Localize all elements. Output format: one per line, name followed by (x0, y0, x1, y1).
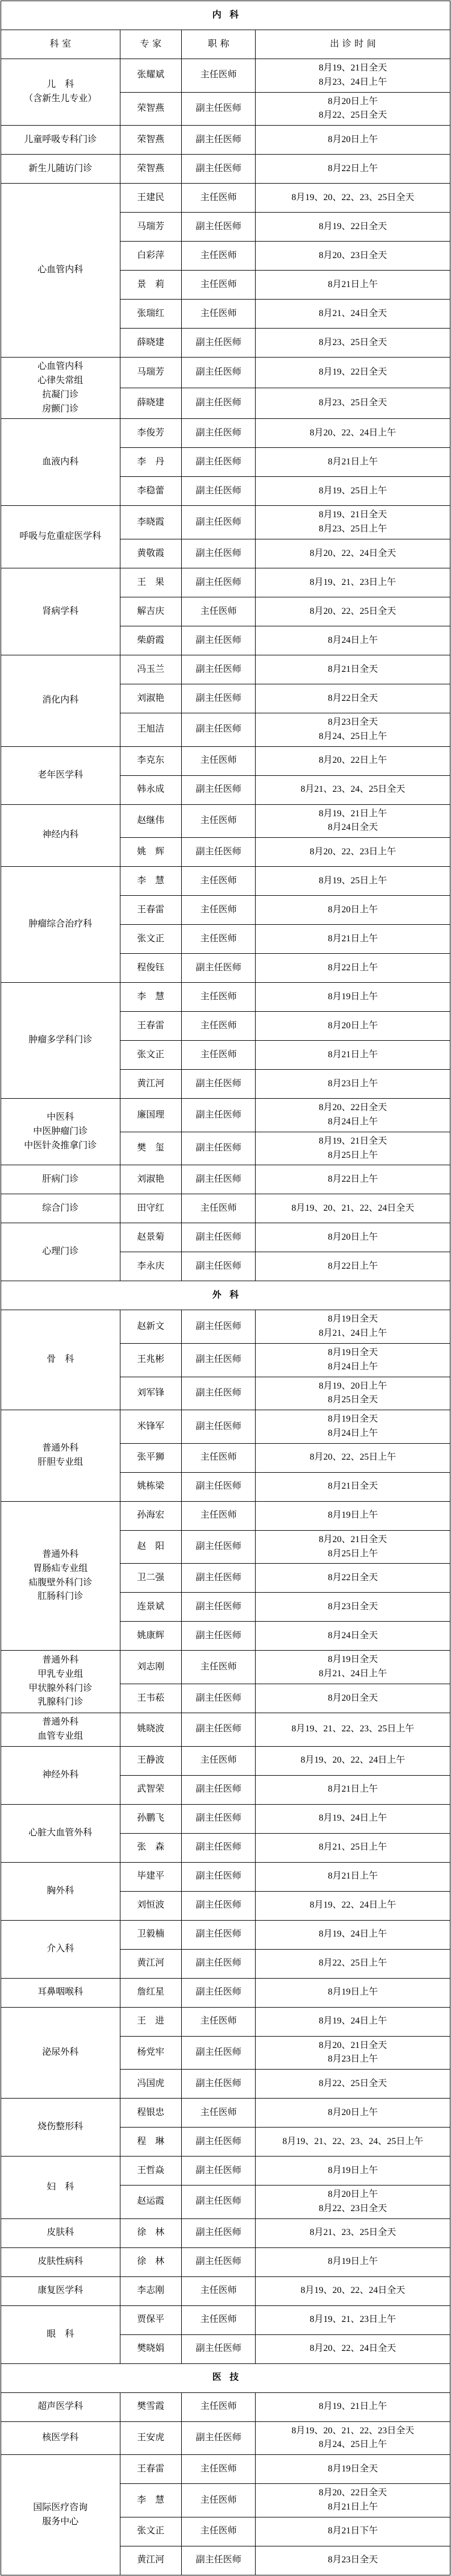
expert-name-cell: 韩永成 (120, 775, 181, 804)
expert-name-cell: 李晓霞 (120, 506, 181, 539)
visit-time-cell: 8月21日上午 (256, 448, 450, 477)
expert-row: 综合门诊田守红主任医师8月19、20、21、22、24日全天 (1, 1194, 450, 1223)
expert-name-cell: 李 丹 (120, 448, 181, 477)
expert-name-cell: 马瑞芳 (120, 358, 181, 388)
visit-time-cell: 8月19日上午 (256, 1978, 450, 2007)
expert-name-cell: 王 果 (120, 568, 181, 597)
expert-name-cell: 黄江河 (120, 1070, 181, 1099)
expert-row: 普通外科 肝胆专业组米锋军副主任医师8月19日全天 8月24日上午 (1, 1410, 450, 1444)
expert-name-cell: 荣智燕 (120, 126, 181, 155)
expert-title-cell: 主任医师 (181, 925, 256, 954)
expert-title-cell: 副主任医师 (181, 2546, 256, 2575)
visit-time-cell: 8月21、24日全天 (256, 300, 450, 329)
expert-title-cell: 主任医师 (181, 1194, 256, 1223)
expert-title-cell: 副主任医师 (181, 626, 256, 655)
expert-title-cell: 主任医师 (181, 59, 256, 93)
expert-name-cell: 徐 林 (120, 2218, 181, 2247)
visit-time-cell: 8月19日全天 8月21、24日上午 (256, 1651, 450, 1684)
visit-time-cell: 8月20、23日全天 (256, 242, 450, 271)
column-header-row: 科室专家职称出诊时间 (1, 30, 450, 59)
department-cell: 泌尿外科 (1, 2007, 120, 2099)
expert-row: 老年医学科李克东主任医师8月20、22日上午 (1, 746, 450, 775)
expert-title-cell: 副主任医师 (181, 1252, 256, 1281)
visit-time-cell: 8月19日上午 (256, 2247, 450, 2276)
expert-title-cell: 主任医师 (181, 2517, 256, 2546)
expert-name-cell: 程俊钰 (120, 954, 181, 983)
column-header: 科室 (1, 30, 120, 59)
visit-time-cell: 8月22日全天 (256, 1564, 450, 1593)
expert-title-cell: 副主任医师 (181, 1833, 256, 1862)
expert-title-cell: 主任医师 (181, 2007, 256, 2036)
visit-time-cell: 8月20日上午 (256, 896, 450, 925)
expert-title-cell: 副主任医师 (181, 539, 256, 568)
department-cell: 儿 科 （含新生儿专业） (1, 59, 120, 126)
expert-title-cell: 副主任医师 (181, 1343, 256, 1377)
expert-row: 皮肤性病科徐 林副主任医师8月19日上午 (1, 2247, 450, 2276)
visit-time-cell: 8月20、22日全天 8月24日上午 (256, 1099, 450, 1132)
visit-time-cell: 8月23、25日全天 (256, 388, 450, 419)
expert-row: 烧伤整形科程银忠主任医师8月20日上午 (1, 2099, 450, 2128)
expert-name-cell: 姚晓波 (120, 1713, 181, 1746)
expert-name-cell: 白彩萍 (120, 242, 181, 271)
department-cell: 肝病门诊 (1, 1165, 120, 1194)
department-cell: 综合门诊 (1, 1194, 120, 1223)
department-cell: 老年医学科 (1, 746, 120, 804)
expert-title-cell: 主任医师 (181, 184, 256, 213)
visit-time-cell: 8月23、25日全天 (256, 329, 450, 358)
visit-time-cell: 8月19日全天 8月24日上午 (256, 1343, 450, 1377)
expert-name-cell: 毕建平 (120, 1862, 181, 1891)
expert-title-cell: 副主任医师 (181, 1530, 256, 1564)
visit-time-cell: 8月19、20、22、23、25日全天 (256, 184, 450, 213)
expert-row: 肝病门诊刘淑艳副主任医师8月22日上午 (1, 1165, 450, 1194)
visit-time-cell: 8月20日上午 (256, 1223, 450, 1252)
expert-name-cell: 张瑞红 (120, 300, 181, 329)
visit-time-cell: 8月22日全天 (256, 684, 450, 713)
expert-name-cell: 张 森 (120, 1833, 181, 1862)
expert-name-cell: 刘志刚 (120, 1651, 181, 1684)
expert-title-cell: 副主任医师 (181, 1099, 256, 1132)
visit-time-cell: 8月21日上午 (256, 1041, 450, 1070)
visit-time-cell: 8月20、21日全天 8月23日上午 (256, 2036, 450, 2070)
expert-title-cell: 主任医师 (181, 2276, 256, 2305)
expert-title-cell: 主任医师 (181, 271, 256, 300)
department-cell: 消化内科 (1, 655, 120, 746)
expert-title-cell: 副主任医师 (181, 1622, 256, 1651)
expert-title-cell: 副主任医师 (181, 1070, 256, 1099)
expert-title-cell: 副主任医师 (181, 1132, 256, 1165)
expert-title-cell: 主任医师 (181, 300, 256, 329)
visit-time-cell: 8月21日下午 (256, 2517, 450, 2546)
expert-name-cell: 李 慧 (120, 867, 181, 896)
expert-title-cell: 副主任医师 (181, 1891, 256, 1920)
expert-row: 儿 科 （含新生儿专业）张耀斌主任医师8月19、21日全天 8月23、24日上午 (1, 59, 450, 93)
visit-time-cell: 8月20、22、25日全天 (256, 597, 450, 626)
visit-time-cell: 8月19日全天 (256, 2455, 450, 2484)
expert-title-cell: 副主任医师 (181, 568, 256, 597)
section-title: 内科 (1, 1, 450, 30)
department-cell: 肿瘤多学科门诊 (1, 983, 120, 1099)
visit-time-cell: 8月20日上午 (256, 2099, 450, 2128)
visit-time-cell: 8月19、20、22、24日全天 (256, 2276, 450, 2305)
visit-time-cell: 8月20、22、23日上午 (256, 838, 450, 867)
visit-time-cell: 8月19、21日全天 8月23、24日上午 (256, 59, 450, 93)
expert-name-cell: 刘淑艳 (120, 1165, 181, 1194)
visit-time-cell: 8月20、22日上午 (256, 746, 450, 775)
expert-name-cell: 柴蔚霞 (120, 626, 181, 655)
expert-name-cell: 黄江河 (120, 2546, 181, 2575)
visit-time-cell: 8月19日全天 8月24日上午 (256, 1410, 450, 1444)
column-header: 出诊时间 (256, 30, 450, 59)
visit-time-cell: 8月21日上午 (256, 271, 450, 300)
expert-row: 国际医疗咨询 服务中心王春雷主任医师8月19日全天 (1, 2455, 450, 2484)
visit-time-cell: 8月20、22、24日全天 (256, 2334, 450, 2363)
visit-time-cell: 8月24日全天 (256, 1622, 450, 1651)
expert-row: 神经外科王静波主任医师8月19、20、22、24日上午 (1, 1746, 450, 1775)
expert-row: 超声医学科樊雪霞主任医师8月19、21日上午 (1, 2392, 450, 2421)
expert-name-cell: 王建民 (120, 184, 181, 213)
department-cell: 心血管内科 心律失常组 抗凝门诊 房颤门诊 (1, 358, 120, 419)
visit-time-cell: 8月19、25日上午 (256, 867, 450, 896)
expert-title-cell: 副主任医师 (181, 2157, 256, 2186)
expert-name-cell: 王春雷 (120, 1012, 181, 1041)
expert-name-cell: 王韦菘 (120, 1684, 181, 1713)
expert-title-cell: 副主任医师 (181, 838, 256, 867)
visit-time-cell: 8月20日上午 (256, 1012, 450, 1041)
department-cell: 骨 科 (1, 1310, 120, 1410)
outpatient-schedule-table: 内科科室专家职称出诊时间儿 科 （含新生儿专业）张耀斌主任医师8月19、21日全… (1, 1, 450, 2575)
expert-title-cell: 副主任医师 (181, 2334, 256, 2363)
expert-name-cell: 薛晓建 (120, 388, 181, 419)
visit-time-cell: 8月23日全天 (256, 1593, 450, 1622)
department-cell: 康复医学科 (1, 2276, 120, 2305)
expert-row: 肿瘤多学科门诊李 慧主任医师8月19日上午 (1, 983, 450, 1012)
expert-name-cell: 张耀斌 (120, 59, 181, 93)
department-cell: 心理门诊 (1, 1223, 120, 1281)
expert-name-cell: 姚栋梁 (120, 1472, 181, 1501)
expert-title-cell: 副主任医师 (181, 1564, 256, 1593)
visit-time-cell: 8月22日上午 (256, 155, 450, 184)
expert-row: 心理门诊赵景菊副主任医师8月20日上午 (1, 1223, 450, 1252)
expert-row: 妇 科王哲焱副主任医师8月19日上午 (1, 2157, 450, 2186)
visit-time-cell: 8月21日全天 (256, 1472, 450, 1501)
department-cell: 心脏大血管外科 (1, 1804, 120, 1862)
expert-row: 耳鼻咽喉科詹红星副主任医师8月19日上午 (1, 1978, 450, 2007)
department-cell: 介入科 (1, 1920, 120, 1978)
visit-time-cell: 8月24日上午 (256, 626, 450, 655)
expert-row: 核医学科王安虎副主任医师8月19、20、21、22、23日全天 8月24、25日… (1, 2421, 450, 2455)
expert-title-cell: 副主任医师 (181, 1377, 256, 1410)
expert-title-cell: 副主任医师 (181, 92, 256, 126)
visit-time-cell: 8月19、21日上午 8月24日全天 (256, 804, 450, 838)
expert-title-cell: 副主任医师 (181, 2218, 256, 2247)
expert-title-cell: 主任医师 (181, 2305, 256, 2334)
expert-title-cell: 副主任医师 (181, 329, 256, 358)
expert-title-cell: 主任医师 (181, 1651, 256, 1684)
expert-title-cell: 副主任医师 (181, 506, 256, 539)
department-cell: 新生儿随访门诊 (1, 155, 120, 184)
visit-time-cell: 8月22、25日上午 (256, 1949, 450, 1978)
expert-name-cell: 薛晓建 (120, 329, 181, 358)
expert-title-cell: 主任医师 (181, 1443, 256, 1472)
expert-row: 肾病学科王 果副主任医师8月19、21、23日上午 (1, 568, 450, 597)
department-cell: 普通外科 血管专业组 (1, 1713, 120, 1746)
visit-time-cell: 8月19、21日全天 8月23、25日上午 (256, 506, 450, 539)
expert-name-cell: 程银忠 (120, 2099, 181, 2128)
expert-name-cell: 李 慧 (120, 983, 181, 1012)
visit-time-cell: 8月23日全天 8月24、25日上午 (256, 713, 450, 746)
expert-name-cell: 刘恒波 (120, 1891, 181, 1920)
department-cell: 普通外科 肝胆专业组 (1, 1410, 120, 1502)
expert-row: 普通外科 胃肠疝专业组 疝腹壁外科门诊 肛肠科门诊孙海宏主任医师8月19日上午 (1, 1501, 450, 1530)
expert-name-cell: 刘军锋 (120, 1377, 181, 1410)
expert-title-cell: 副主任医师 (181, 684, 256, 713)
expert-name-cell: 张平狮 (120, 1443, 181, 1472)
expert-title-cell: 副主任医师 (181, 2070, 256, 2099)
expert-name-cell: 赵景菊 (120, 1223, 181, 1252)
visit-time-cell: 8月23日全天 (256, 2546, 450, 2575)
expert-name-cell: 田守红 (120, 1194, 181, 1223)
visit-time-cell: 8月21、23、24、25日全天 (256, 775, 450, 804)
expert-title-cell: 副主任医师 (181, 954, 256, 983)
department-cell: 妇 科 (1, 2157, 120, 2219)
visit-time-cell: 8月19日上午 (256, 2157, 450, 2186)
expert-name-cell: 冯玉兰 (120, 655, 181, 684)
visit-time-cell: 8月22日上午 (256, 1165, 450, 1194)
visit-time-cell: 8月19日上午 (256, 1501, 450, 1530)
expert-row: 血液内科李俊芳副主任医师8月20、22、24日上午 (1, 419, 450, 448)
expert-row: 中医科 中医肿瘤门诊 中医针灸推拿门诊廉国理副主任医师8月20、22日全天 8月… (1, 1099, 450, 1132)
visit-time-cell: 8月19、21、23日上午 (256, 568, 450, 597)
expert-title-cell: 副主任医师 (181, 1684, 256, 1713)
expert-title-cell: 主任医师 (181, 2484, 256, 2517)
expert-name-cell: 李志刚 (120, 2276, 181, 2305)
expert-title-cell: 副主任医师 (181, 2247, 256, 2276)
expert-name-cell: 樊 玺 (120, 1132, 181, 1165)
visit-time-cell: 8月21日上午 (256, 1775, 450, 1804)
department-cell: 普通外科 胃肠疝专业组 疝腹壁外科门诊 肛肠科门诊 (1, 1501, 120, 1651)
expert-row: 心血管内科王建民主任医师8月19、20、22、23、25日全天 (1, 184, 450, 213)
section-row: 医技 (1, 2363, 450, 2392)
department-cell: 中医科 中医肿瘤门诊 中医针灸推拿门诊 (1, 1099, 120, 1165)
expert-name-cell: 孙海宏 (120, 1501, 181, 1530)
expert-title-cell: 副主任医师 (181, 2186, 256, 2219)
expert-name-cell: 王哲焱 (120, 2157, 181, 2186)
section-title: 医技 (1, 2363, 450, 2392)
expert-title-cell: 副主任医师 (181, 1223, 256, 1252)
expert-row: 骨 科赵新文副主任医师8月19日全天 8月21、24日上午 (1, 1310, 450, 1344)
expert-title-cell: 副主任医师 (181, 1862, 256, 1891)
visit-time-cell: 8月19、20日上午 8月25日全天 (256, 1377, 450, 1410)
section-row: 内科 (1, 1, 450, 30)
visit-time-cell: 8月19、20、21、22、24日全天 (256, 1194, 450, 1223)
expert-name-cell: 李俊芳 (120, 419, 181, 448)
expert-name-cell: 徐 林 (120, 2247, 181, 2276)
expert-row: 眼 科贾保平主任医师8月19、21、23日上午 (1, 2305, 450, 2334)
expert-row: 儿童呼吸专科门诊荣智燕副主任医师8月20日上午 (1, 126, 450, 155)
expert-name-cell: 刘淑艳 (120, 684, 181, 713)
visit-time-cell: 8月19、22日全天 (256, 358, 450, 388)
visit-time-cell: 8月19、21日上午 (256, 2392, 450, 2421)
expert-row: 胸外科毕建平副主任医师8月21日上午 (1, 1862, 450, 1891)
expert-name-cell: 廉国理 (120, 1099, 181, 1132)
expert-name-cell: 李永庆 (120, 1252, 181, 1281)
department-cell: 皮肤科 (1, 2218, 120, 2247)
expert-name-cell: 张文正 (120, 1041, 181, 1070)
visit-time-cell: 8月22日上午 (256, 1252, 450, 1281)
expert-name-cell: 姚 辉 (120, 838, 181, 867)
department-cell: 呼吸与危重症医学科 (1, 506, 120, 568)
expert-name-cell: 荣智燕 (120, 92, 181, 126)
expert-name-cell: 樊晓娟 (120, 2334, 181, 2363)
expert-title-cell: 主任医师 (181, 1501, 256, 1530)
expert-name-cell: 王春雷 (120, 896, 181, 925)
expert-name-cell: 樊雪霞 (120, 2392, 181, 2421)
expert-name-cell: 孙鹏飞 (120, 1804, 181, 1833)
expert-name-cell: 张文正 (120, 925, 181, 954)
expert-name-cell: 李稳蕾 (120, 477, 181, 506)
expert-row: 心脏大血管外科孙鹏飞副主任医师8月19、24日上午 (1, 1804, 450, 1833)
department-cell: 肾病学科 (1, 568, 120, 655)
expert-name-cell: 马瑞芳 (120, 213, 181, 242)
expert-row: 呼吸与危重症医学科李晓霞副主任医师8月19、21日全天 8月23、25日上午 (1, 506, 450, 539)
visit-time-cell: 8月19、24日上午 (256, 1920, 450, 1949)
expert-title-cell: 副主任医师 (181, 358, 256, 388)
department-cell: 普通外科 甲乳专业组 甲状腺外科门诊 乳腺科门诊 (1, 1651, 120, 1713)
expert-title-cell: 副主任医师 (181, 1920, 256, 1949)
expert-title-cell: 副主任医师 (181, 1775, 256, 1804)
visit-time-cell: 8月20日上午 (256, 126, 450, 155)
expert-title-cell: 副主任医师 (181, 655, 256, 684)
expert-title-cell: 主任医师 (181, 746, 256, 775)
visit-time-cell: 8月21日全天 (256, 655, 450, 684)
visit-time-cell: 8月19、22日全天 (256, 213, 450, 242)
expert-title-cell: 副主任医师 (181, 2128, 256, 2157)
expert-row: 新生儿随访门诊荣智燕副主任医师8月22日上午 (1, 155, 450, 184)
expert-title-cell: 副主任医师 (181, 477, 256, 506)
expert-title-cell: 副主任医师 (181, 713, 256, 746)
department-cell: 眼 科 (1, 2305, 120, 2363)
department-cell: 核医学科 (1, 2421, 120, 2455)
expert-title-cell: 副主任医师 (181, 419, 256, 448)
visit-time-cell: 8月21日上午 (256, 925, 450, 954)
expert-row: 神经内科赵继伟主任医师8月19、21日上午 8月24日全天 (1, 804, 450, 838)
expert-name-cell: 连景斌 (120, 1593, 181, 1622)
visit-time-cell: 8月20、22、24日上午 (256, 419, 450, 448)
expert-row: 消化内科冯玉兰副主任医师8月21日全天 (1, 655, 450, 684)
department-cell: 血液内科 (1, 419, 120, 506)
expert-title-cell: 副主任医师 (181, 1713, 256, 1746)
visit-time-cell: 8月20、21日全天 8月25日上午 (256, 1530, 450, 1564)
expert-row: 介入科卫毅楠副主任医师8月19、24日上午 (1, 1920, 450, 1949)
expert-row: 普通外科 血管专业组姚晓波副主任医师8月19、21、22、23、25日上午 (1, 1713, 450, 1746)
expert-title-cell: 主任医师 (181, 242, 256, 271)
expert-row: 泌尿外科王 进主任医师8月19、24日上午 (1, 2007, 450, 2036)
expert-name-cell: 卫二强 (120, 1564, 181, 1593)
department-cell: 神经内科 (1, 804, 120, 867)
expert-name-cell: 解吉庆 (120, 597, 181, 626)
expert-name-cell: 王旭洁 (120, 713, 181, 746)
expert-title-cell: 主任医师 (181, 896, 256, 925)
expert-name-cell: 王安虎 (120, 2421, 181, 2455)
expert-title-cell: 副主任医师 (181, 1593, 256, 1622)
expert-title-cell: 副主任医师 (181, 1804, 256, 1833)
expert-name-cell: 景 莉 (120, 271, 181, 300)
visit-time-cell: 8月19日全天 8月21、24日上午 (256, 1310, 450, 1344)
visit-time-cell: 8月22、25日全天 (256, 2070, 450, 2099)
visit-time-cell: 8月19、21、22、23、25日上午 (256, 1713, 450, 1746)
visit-time-cell: 8月19、20、22、24日上午 (256, 1746, 450, 1775)
visit-time-cell: 8月23日上午 (256, 1070, 450, 1099)
visit-time-cell: 8月21日上午 (256, 1862, 450, 1891)
expert-title-cell: 主任医师 (181, 983, 256, 1012)
department-cell: 胸外科 (1, 1862, 120, 1920)
visit-time-cell: 8月19、24日上午 (256, 1804, 450, 1833)
expert-title-cell: 主任医师 (181, 1012, 256, 1041)
visit-time-cell: 8月20、22、25日上午 (256, 1443, 450, 1472)
schedule-table-body: 内科科室专家职称出诊时间儿 科 （含新生儿专业）张耀斌主任医师8月19、21日全… (1, 1, 450, 2575)
expert-row: 肿瘤综合治疗科李 慧主任医师8月19、25日上午 (1, 867, 450, 896)
visit-time-cell: 8月19、25日上午 (256, 477, 450, 506)
expert-name-cell: 荣智燕 (120, 155, 181, 184)
expert-title-cell: 主任医师 (181, 804, 256, 838)
expert-name-cell: 黄敬霞 (120, 539, 181, 568)
expert-title-cell: 副主任医师 (181, 1410, 256, 1444)
expert-row: 普通外科 甲乳专业组 甲状腺外科门诊 乳腺科门诊刘志刚主任医师8月19日全天 8… (1, 1651, 450, 1684)
expert-title-cell: 主任医师 (181, 2455, 256, 2484)
expert-title-cell: 副主任医师 (181, 1949, 256, 1978)
expert-title-cell: 主任医师 (181, 2392, 256, 2421)
expert-name-cell: 王春雷 (120, 2455, 181, 2484)
expert-name-cell: 赵继伟 (120, 804, 181, 838)
expert-title-cell: 副主任医师 (181, 775, 256, 804)
department-cell: 耳鼻咽喉科 (1, 1978, 120, 2007)
expert-title-cell: 副主任医师 (181, 2036, 256, 2070)
department-cell: 神经外科 (1, 1746, 120, 1804)
visit-time-cell: 8月19、21、22、23、24、25日上午 (256, 2128, 450, 2157)
expert-name-cell: 王 进 (120, 2007, 181, 2036)
expert-name-cell: 冯国虎 (120, 2070, 181, 2099)
expert-row: 康复医学科李志刚主任医师8月19、20、22、24日全天 (1, 2276, 450, 2305)
column-header: 职称 (181, 30, 256, 59)
expert-title-cell: 主任医师 (181, 1041, 256, 1070)
expert-name-cell: 黄江河 (120, 1949, 181, 1978)
visit-time-cell: 8月19、21日全天 8月25日上午 (256, 1132, 450, 1165)
expert-title-cell: 副主任医师 (181, 1165, 256, 1194)
visit-time-cell: 8月19、22、24日上午 (256, 1891, 450, 1920)
department-cell: 烧伤整形科 (1, 2099, 120, 2157)
visit-time-cell: 8月19、21、23日上午 (256, 2305, 450, 2334)
expert-title-cell: 副主任医师 (181, 2421, 256, 2455)
expert-title-cell: 主任医师 (181, 1746, 256, 1775)
schedule-page: 内科科室专家职称出诊时间儿 科 （含新生儿专业）张耀斌主任医师8月19、21日全… (0, 0, 451, 2576)
department-cell: 肿瘤综合治疗科 (1, 867, 120, 983)
expert-name-cell: 李 慧 (120, 2484, 181, 2517)
expert-title-cell: 副主任医师 (181, 155, 256, 184)
visit-time-cell: 8月21、25日上午 (256, 1833, 450, 1862)
department-cell: 超声医学科 (1, 2392, 120, 2421)
expert-name-cell: 武智荣 (120, 1775, 181, 1804)
expert-title-cell: 副主任医师 (181, 448, 256, 477)
expert-title-cell: 副主任医师 (181, 213, 256, 242)
expert-title-cell: 主任医师 (181, 2099, 256, 2128)
department-cell: 皮肤性病科 (1, 2247, 120, 2276)
expert-name-cell: 王兆彬 (120, 1343, 181, 1377)
visit-time-cell: 8月20日上午 8月22、23日全天 (256, 2186, 450, 2219)
expert-name-cell: 程 琳 (120, 2128, 181, 2157)
department-cell: 儿童呼吸专科门诊 (1, 126, 120, 155)
visit-time-cell: 8月22日上午 (256, 954, 450, 983)
